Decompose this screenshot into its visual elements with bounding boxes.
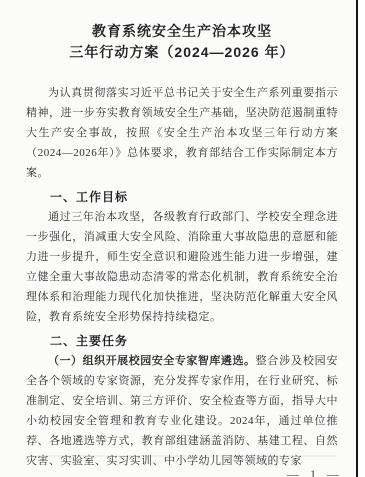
- heading-main-tasks: 二、主要任务: [26, 331, 338, 351]
- document-content: 教育系统安全生产治本攻坚 三年行动方案（2024—2026 年） 为认真贯彻落实…: [26, 0, 338, 471]
- heading-work-goals: 一、工作目标: [26, 187, 338, 207]
- scan-artifact-smudge: [30, 455, 335, 457]
- task-1-lead-bold: （一）组织开展校园安全专家智库遴选。: [48, 355, 256, 367]
- task-1-body: 整合涉及校园安全各个领域的专家资源，充分发挥专家作用，在行业研究、标准制定、安全…: [26, 355, 338, 467]
- paragraph-intro: 为认真贯彻落实习近平总书记关于安全生产系列重要指示精神，进一步夯实教育领域安全生…: [26, 83, 338, 183]
- document-title-line-1: 教育系统安全生产治本攻坚: [30, 21, 334, 42]
- page-number: — 1 —: [287, 467, 343, 477]
- paragraph-task-1: （一）组织开展校园安全专家智库遴选。整合涉及校园安全各个领域的专家资源，充分发挥…: [26, 351, 338, 471]
- scan-right-margin: [358, 0, 365, 477]
- document-page: 教育系统安全生产治本攻坚 三年行动方案（2024—2026 年） 为认真贯彻落实…: [0, 0, 365, 477]
- document-title: 教育系统安全生产治本攻坚 三年行动方案（2024—2026 年）: [30, 21, 334, 63]
- paragraph-work-goals: 通过三年治本攻坚，各级教育行政部门、学校安全理念进一步强化，消减重大安全风险、消…: [26, 207, 338, 327]
- document-title-line-2: 三年行动方案（2024—2026 年）: [30, 42, 334, 63]
